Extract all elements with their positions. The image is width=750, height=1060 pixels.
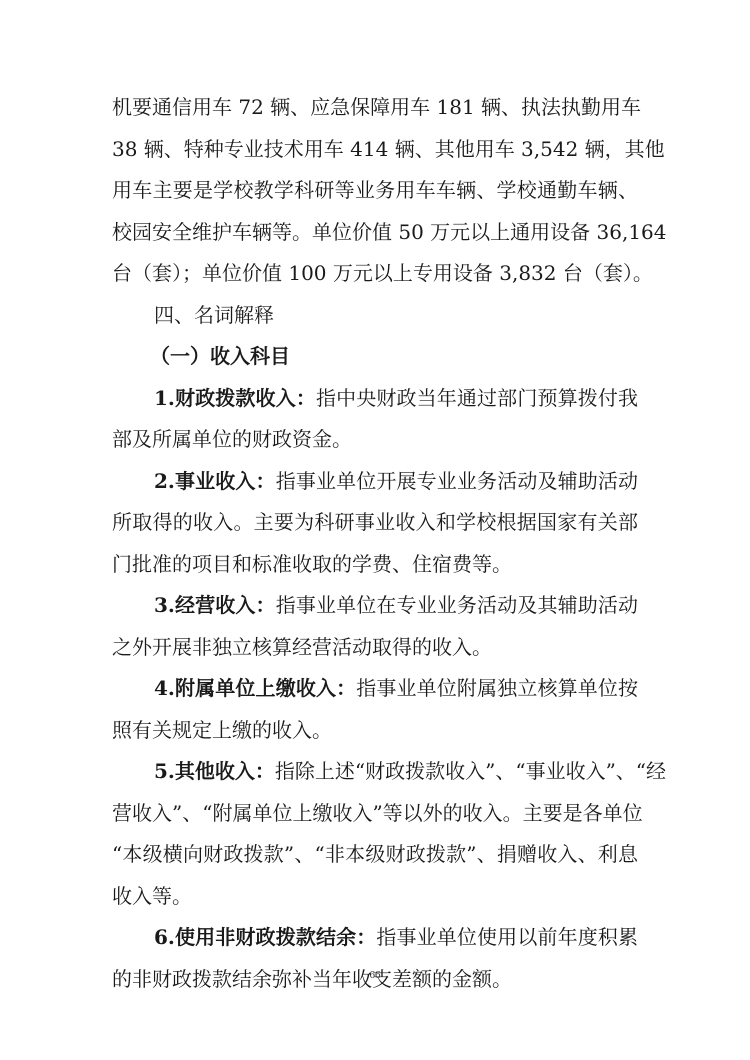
definition-term: 4.附属单位上缴收入： — [154, 676, 356, 700]
text-line: 收入等。 — [112, 876, 638, 918]
page-number: 66 — [0, 969, 750, 981]
text-line: 营收入”、“附属单位上缴收入”等以外的收入。主要是各单位 — [112, 793, 638, 835]
definition-item: 1.财政拨款收入：指中央财政当年通过部门预算拨付我 — [112, 378, 638, 420]
definition-term: 6.使用非财政拨款结余： — [154, 925, 376, 949]
text-line: 用车主要是学校教学科研等业务用车车辆、学校通勤车辆、 — [112, 170, 638, 212]
definition-text: 指事业单位使用以前年度积累 — [376, 925, 638, 949]
definition-term: 2.事业收入： — [154, 469, 276, 493]
definition-text: 指除上述“财政拨款收入”、“事业收入”、“经 — [275, 759, 666, 783]
definition-text: 指中央财政当年通过部门预算拨付我 — [316, 386, 638, 410]
definition-item: 4.附属单位上缴收入：指事业单位附属独立核算单位按 — [112, 668, 638, 710]
definition-term: 3.经营收入： — [154, 593, 276, 617]
text-line: “本级横向财政拨款”、“非本级财政拨款”、捐赠收入、利息 — [112, 834, 638, 876]
text-line: 校园安全维护车辆等。单位价值 50 万元以上通用设备 36,164 — [112, 212, 638, 254]
document-page: 机要通信用车 72 辆、应急保障用车 181 辆、执法执勤用车 38 辆、特种专… — [0, 0, 750, 1060]
section-heading: 四、名词解释 — [112, 295, 638, 337]
text-line: 照有关规定上缴的收入。 — [112, 710, 638, 752]
definition-text: 指事业单位附属独立核算单位按 — [356, 676, 638, 700]
text-line: 机要通信用车 72 辆、应急保障用车 181 辆、执法执勤用车 — [112, 87, 638, 129]
definition-item: 2.事业收入：指事业单位开展专业业务活动及辅助活动 — [112, 461, 638, 503]
text-line: 38 辆、特种专业技术用车 414 辆、其他用车 3,542 辆，其他 — [112, 129, 638, 171]
definition-item: 6.使用非财政拨款结余：指事业单位使用以前年度积累 — [112, 917, 638, 959]
text-line: 台（套）；单位价值 100 万元以上专用设备 3,832 台（套）。 — [112, 253, 638, 295]
definition-item: 3.经营收入：指事业单位在专业业务活动及其辅助活动 — [112, 585, 638, 627]
text-line: 部及所属单位的财政资金。 — [112, 419, 638, 461]
definition-term: 1.财政拨款收入： — [154, 386, 316, 410]
text-line: 所取得的收入。主要为科研事业收入和学校根据国家有关部 — [112, 502, 638, 544]
subsection-heading: （一）收入科目 — [112, 336, 638, 378]
page-content: 机要通信用车 72 辆、应急保障用车 181 辆、执法执勤用车 38 辆、特种专… — [112, 87, 638, 1000]
definition-text: 指事业单位开展专业业务活动及辅助活动 — [276, 469, 638, 493]
definition-text: 指事业单位在专业业务活动及其辅助活动 — [276, 593, 638, 617]
text-line: 之外开展非独立核算经营活动取得的收入。 — [112, 627, 638, 669]
definition-item: 5.其他收入：指除上述“财政拨款收入”、“事业收入”、“经 — [112, 751, 638, 793]
text-line: 门批准的项目和标准收取的学费、住宿费等。 — [112, 544, 638, 586]
definition-term: 5.其他收入： — [154, 759, 275, 783]
